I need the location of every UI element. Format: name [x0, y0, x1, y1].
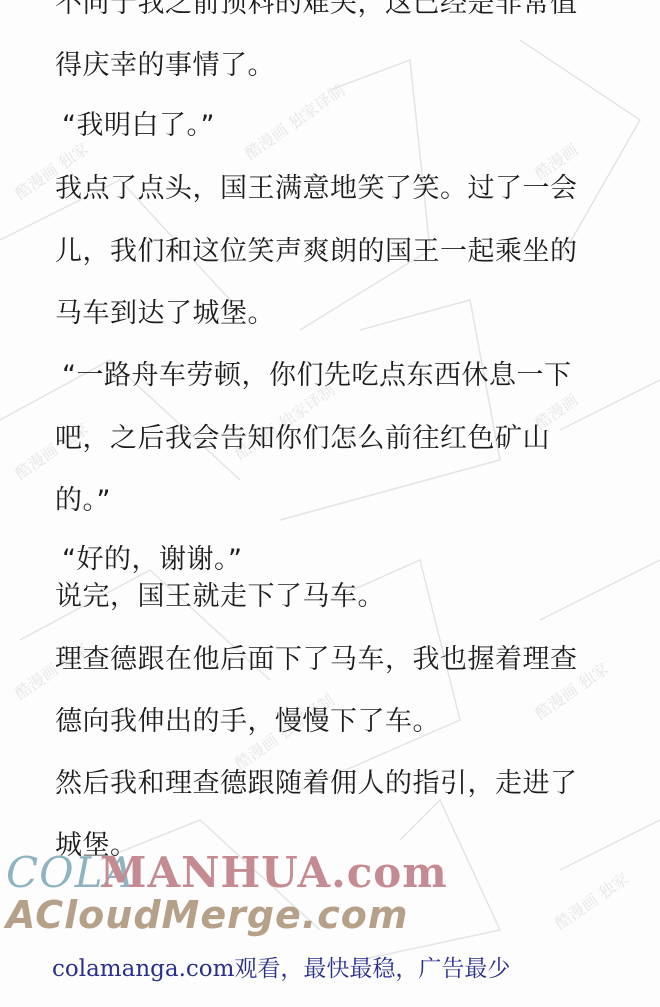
text-line: 不同于我之前预料的难关，这已经是非常值	[55, 0, 578, 17]
text-line: “我明白了。”	[62, 112, 215, 139]
text-line: 说完，国王就走下了马车。	[55, 583, 385, 610]
text-line: 得庆幸的事情了。	[55, 52, 275, 79]
text-line: “好的，谢谢。”	[62, 546, 242, 573]
text-line: 马车到达了城堡。	[55, 300, 275, 327]
brand-manhua-text: MANHUA.com	[100, 848, 448, 897]
text-line: “一路舟车劳顿，你们先吃点东西休息一下	[62, 362, 572, 389]
text-line: 我点了点头，国王满意地笑了笑。过了一会	[55, 175, 578, 202]
svg-text:酷漫画 独家: 酷漫画 独家	[551, 869, 632, 933]
svg-text:酷漫画 独家译制: 酷漫画 独家译制	[241, 81, 348, 164]
text-line: 然后我和理查德跟随着佣人的指引，走进了	[55, 770, 578, 797]
text-line: 的。”	[55, 487, 111, 514]
promo-text: colamanga.com观看，最快最稳，广告最少	[52, 950, 510, 983]
text-line: 吧，之后我会告知你们怎么前往红色矿山	[55, 425, 550, 452]
text-line: 理查德跟在他后面下了马车，我也握着理查	[55, 646, 578, 673]
text-line: 德向我伸出的手，慢慢下了车。	[55, 708, 440, 735]
novel-page: 酷漫画 独家译制 酷漫画 独家 酷漫画 酷漫画 独家译制 酷漫画 独家 酷漫画 …	[0, 0, 660, 1007]
brand-acloudmerge-text: ACloudMerge.com	[6, 893, 408, 937]
text-line: 儿，我们和这位笑声爽朗的国王一起乘坐的	[55, 238, 578, 265]
